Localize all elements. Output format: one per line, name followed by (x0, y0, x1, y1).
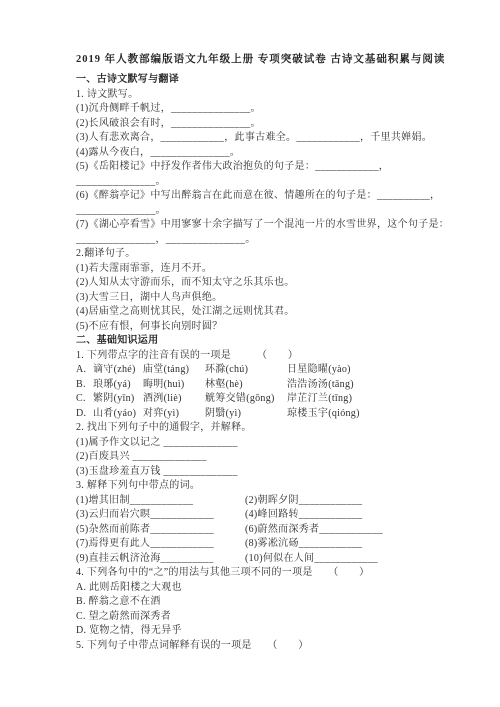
pinyin-word: 林壑(hè) (205, 378, 287, 393)
translate-line-2: (2)人知从太守游而乐，而不知太守之乐其乐也。 (76, 276, 454, 291)
section-2-heading: 二、基础知识运用 (76, 334, 454, 349)
pinyin-word: 浩浩汤汤(tāng) (287, 378, 454, 393)
dictation-line-4: (4)露从今夜白，_______________。 (76, 146, 454, 161)
exam-title: 2019 年人教部编版语文九年级上册 专项突破试卷 古诗文基础积累与阅读 (76, 52, 454, 68)
explain-row-3: (5)杂然而前陈者____________ (6)蔚然而深秀者_________… (76, 523, 454, 538)
tongjiazi-line-1: (1)属予作文以记之 ______________ (76, 436, 454, 451)
s1-q1-label: 1. 诗文默写。 (76, 88, 454, 103)
translate-line-1: (1)若夫霪雨霏霏，连月不开。 (76, 262, 454, 277)
explain-item: (10)何似在人间____________ (245, 552, 454, 567)
pinyin-word: 晦明(huì) (143, 378, 205, 393)
dictation-line-5: (5)《岳阳楼记》中抒发作者伟大政治抱负的句子是：____________， (76, 160, 454, 175)
pinyin-word: 对弈(yì) (143, 407, 205, 422)
tongjiazi-line-2: (2)百废具兴 ______________ (76, 450, 454, 465)
dictation-line-7: (7)《湖心亭看雪》中用寥寥十余字描写了一个混沌一片的水雪世界，这个句子是： (76, 218, 454, 233)
explain-item: (2)朝晖夕阴____________ (245, 494, 454, 509)
pinyin-word: 觥筹交错(gōng) (205, 392, 287, 407)
q4-option-b: B. 醉翁之意不在酒 (76, 595, 454, 610)
pinyin-word: 阴翳(yì) (205, 407, 287, 422)
tongjiazi-line-3: (3)玉盘珍羞直万钱 ______________ (76, 465, 454, 480)
explain-item: (9)直挂云帆济沧海__________ (76, 552, 245, 567)
pinyin-word: 琅琊(yá) (93, 378, 143, 393)
explain-item: (4)峰回路转____________ (245, 508, 454, 523)
dictation-line-3: (3)人有悲欢离合，____________，此事古难全。___________… (76, 131, 454, 146)
translate-line-5: (5)不应有恨，何事长向别时圆？ (76, 320, 454, 335)
s2-q1-label: 1. 下列带点字的注音有误的一项是 （ ） (76, 349, 454, 364)
pinyin-option-row-d: D. 山肴(yáo) 对弈(yì) 阴翳(yì) 琼楼玉宇(qióng) (76, 407, 454, 422)
option-letter: B. (76, 378, 93, 393)
pinyin-word: 日星隐曜(yào) (287, 363, 454, 378)
dictation-line-1: (1)沉舟侧畔千帆过，_______________。 (76, 102, 454, 117)
exam-paper-page: 2019 年人教部编版语文九年级上册 专项突破试卷 古诗文基础积累与阅读 一、古… (0, 0, 500, 653)
option-letter: A. (76, 363, 93, 378)
q4-option-c: C. 望之蔚然而深秀者 (76, 610, 454, 625)
q4-option-a: A. 此则岳阳楼之大观也 (76, 581, 454, 596)
explain-row-4: (7)焉得更有此人____________ (8)雾凇沆砀___________… (76, 537, 454, 552)
translate-line-3: (3)大雪三日，湖中人鸟声俱绝。 (76, 291, 454, 306)
pinyin-word: 庙堂(táng) (143, 363, 205, 378)
pinyin-word: 岸芷汀兰(tīng) (287, 392, 454, 407)
pinyin-word: 山肴(yáo) (93, 407, 143, 422)
dictation-line-7-blank: _______________，_______________。 (76, 233, 454, 248)
pinyin-word: 环滁(chú) (205, 363, 287, 378)
explain-item: (5)杂然而前陈者____________ (76, 523, 245, 538)
s2-q5-label: 5. 下列句子中带点词解释有误的一项是 （ ） (76, 639, 454, 654)
dictation-line-6-blank: _______________。 (76, 204, 454, 219)
explain-item: (8)雾凇沆砀____________ (245, 537, 454, 552)
explain-item: (7)焉得更有此人____________ (76, 537, 245, 552)
section-1-heading: 一、古诗文默写与翻译 (76, 73, 454, 88)
explain-row-5: (9)直挂云帆济沧海__________ (10)何似在人间__________… (76, 552, 454, 567)
s2-q4-label: 4. 下列各句中的“之”的用法与其他三项不同的一项是 （ ） (76, 566, 454, 581)
pinyin-word: 酒洌(liè) (143, 392, 205, 407)
explain-row-1: (1)增其旧制____________ (2)朝晖夕阴____________ (76, 494, 454, 509)
dictation-line-6: (6)《醉翁亭记》中写出醉翁言在此而意在彼、情趣所在的句子是：_________… (76, 189, 454, 204)
q4-option-d: D. 览物之情，得无异乎 (76, 624, 454, 639)
dictation-line-5-blank: _______________。 (76, 175, 454, 190)
s2-q3-label: 3. 解释下列句中带点的词。 (76, 479, 454, 494)
pinyin-word: 琼楼玉宇(qióng) (287, 407, 454, 422)
explain-item: (6)蔚然而深秀者____________ (245, 523, 454, 538)
explain-item: (1)增其旧制____________ (76, 494, 245, 509)
pinyin-option-row-b: B. 琅琊(yá) 晦明(huì) 林壑(hè) 浩浩汤汤(tāng) (76, 378, 454, 393)
pinyin-option-row-a: A. 谪守(zhé) 庙堂(táng) 环滁(chú) 日星隐曜(yào) (76, 363, 454, 378)
s1-q2-label: 2.翻译句子。 (76, 247, 454, 262)
s2-q2-label: 2. 找出下列句子中的通假字，并解释。 (76, 421, 454, 436)
option-letter: D. (76, 407, 93, 422)
dictation-line-2: (2)长风破浪会有时，_______________。 (76, 117, 454, 132)
explain-row-2: (3)云归而岩穴暝____________ (4)峰回路转___________… (76, 508, 454, 523)
translate-line-4: (4)居庙堂之高则忧其民，处江湖之远则忧其君。 (76, 305, 454, 320)
pinyin-option-row-c: C. 繁阴(yīn) 酒洌(liè) 觥筹交错(gōng) 岸芷汀兰(tīng) (76, 392, 454, 407)
option-letter: C. (76, 392, 93, 407)
pinyin-word: 谪守(zhé) (93, 363, 143, 378)
explain-item: (3)云归而岩穴暝____________ (76, 508, 245, 523)
pinyin-word: 繁阴(yīn) (93, 392, 143, 407)
